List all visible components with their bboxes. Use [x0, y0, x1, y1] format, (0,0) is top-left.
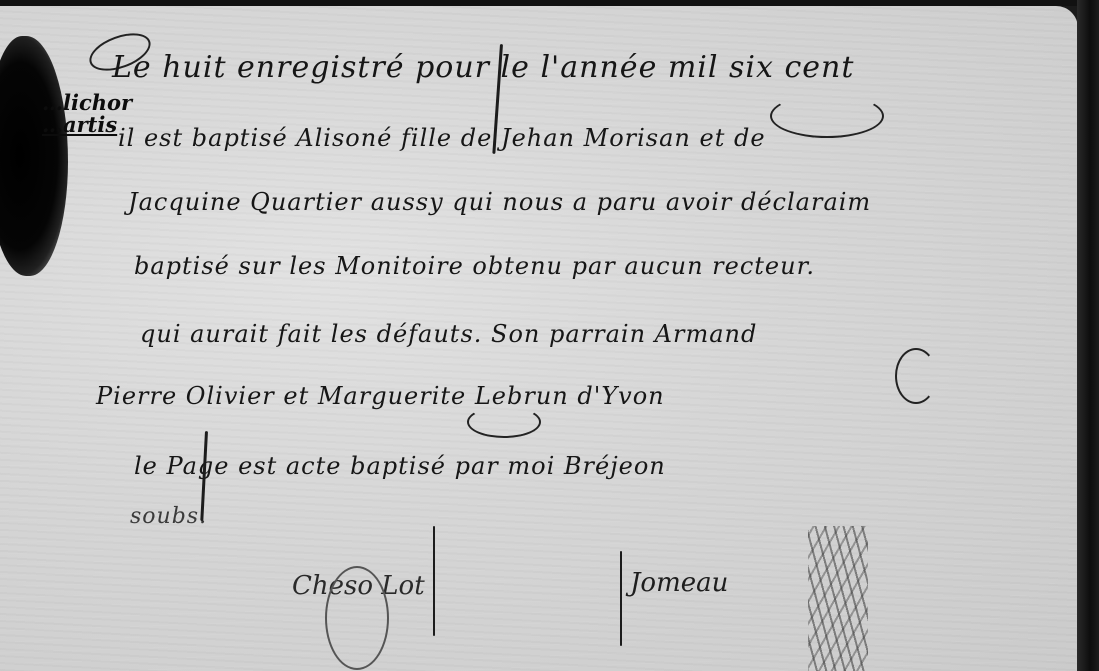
text-line-6: Pierre Olivier et Marguerite Lebrun d'Yv…	[96, 382, 665, 410]
text-line-3: Jacquine Quartier aussy qui nous a paru …	[128, 188, 871, 216]
pen-stroke	[433, 526, 435, 636]
signature-flourish	[325, 566, 389, 670]
text-line-2: il est baptisé Alisoné fille de Jehan Mo…	[118, 124, 766, 152]
margin-name-line-1: …lichor	[42, 92, 132, 114]
flourish-loop	[770, 94, 884, 138]
text-line-4: baptisé sur les Monitoire obtenu par auc…	[134, 252, 815, 280]
signature-paraph	[808, 526, 868, 671]
text-line-1: Le huit enregistré pour le l'année mil s…	[112, 50, 854, 85]
signature-right: Jomeau	[630, 568, 728, 598]
text-line-7: le Page est acte baptisé par moi Bréjeon	[134, 452, 666, 480]
pen-stroke	[620, 551, 622, 646]
text-line-8: soubs.	[130, 504, 207, 529]
ink-blot	[0, 36, 68, 276]
book-binding-edge	[1077, 0, 1099, 671]
manuscript-page: …lichor …artis Le huit enregistré pour l…	[0, 6, 1078, 671]
flourish-loop	[895, 348, 937, 404]
flourish-loop	[467, 406, 541, 438]
text-line-5: qui aurait fait les défauts. Son parrain…	[140, 320, 757, 348]
